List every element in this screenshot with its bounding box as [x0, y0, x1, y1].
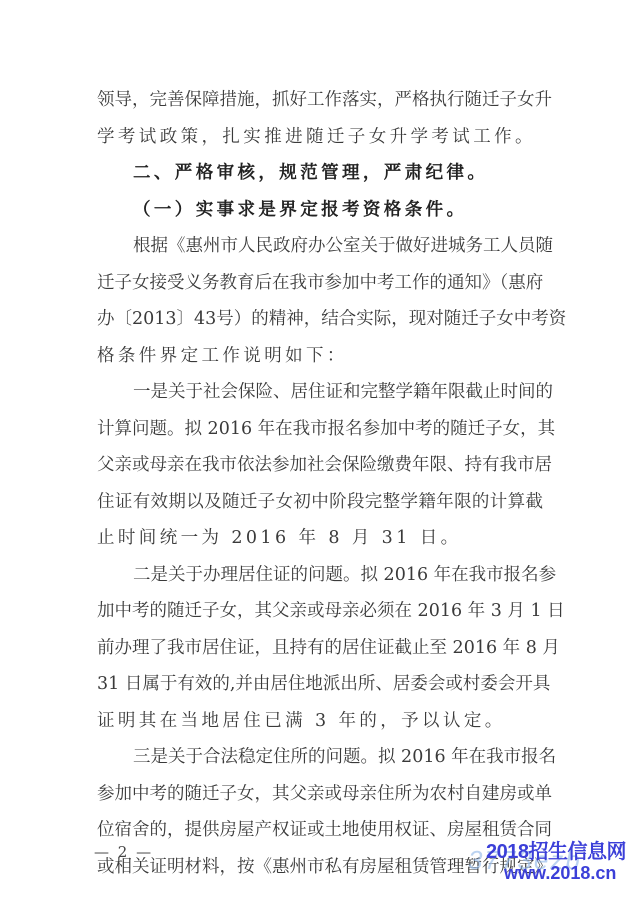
text-line: 计算问题。拟 2016 年在我市报名参加中考的随迁子女，其: [97, 411, 543, 448]
text-line: 止时间统一为 2016 年 8 月 31 日。: [97, 520, 543, 557]
text-line: 三是关于合法稳定住所的问题。拟 2016 年在我市报名: [97, 739, 543, 776]
text-line: 领导，完善保障措施，抓好工作落实，严格执行随迁子女升: [97, 82, 543, 119]
page-number: — 2 —: [94, 843, 153, 861]
text-line: 格条件界定工作说明如下：: [97, 338, 543, 375]
text-line: 父亲或母亲在我市依法参加社会保险缴费年限、持有我市居: [97, 447, 543, 484]
text-line: 证明其在当地居住已满 3 年的，予以认定。: [97, 703, 543, 740]
watermark-title: 2018招生信息网: [486, 835, 626, 864]
text-line: 办〔2013〕43号）的精神，结合实际，现对随迁子女中考资: [97, 301, 543, 338]
text-line: 一是关于社会保险、居住证和完整学籍年限截止时间的: [97, 374, 543, 411]
text-line: 住证有效期以及随迁子女初中阶段完整学籍年限的计算截: [97, 484, 543, 521]
text-line: 31 日属于有效的,并由居住地派出所、居委会或村委会开具: [97, 666, 543, 703]
watermark-url: www.2018.cn: [504, 863, 616, 884]
text-line: 迁子女接受义务教育后在我市参加中考工作的通知》（惠府: [97, 265, 543, 302]
text-line: 前办理了我市居住证，且持有的居住证截止至 2016 年 8 月: [97, 630, 543, 667]
text-line: 学考试政策，扎实推进随迁子女升学考试工作。: [97, 119, 543, 156]
text-line: 加中考的随迁子女，其父亲或母亲必须在 2016 年 3 月 1 日: [97, 593, 543, 630]
document-body: 领导，完善保障措施，抓好工作落实，严格执行随迁子女升 学考试政策，扎实推进随迁子…: [97, 82, 543, 885]
text-line: 根据《惠州市人民政府办公室关于做好进城务工人员随: [97, 228, 543, 265]
section-heading: 二、严格审核，规范管理，严肃纪律。: [97, 155, 543, 192]
watermark-logo: 3773ezb 2018招生信息网 www.2018.cn: [468, 835, 633, 895]
text-line: 二是关于办理居住证的问题。拟 2016 年在我市报名参: [97, 557, 543, 594]
subsection-heading: （一）实事求是界定报考资格条件。: [97, 192, 543, 229]
text-line: 参加中考的随迁子女，其父亲或母亲住所为农村自建房或单: [97, 776, 543, 813]
